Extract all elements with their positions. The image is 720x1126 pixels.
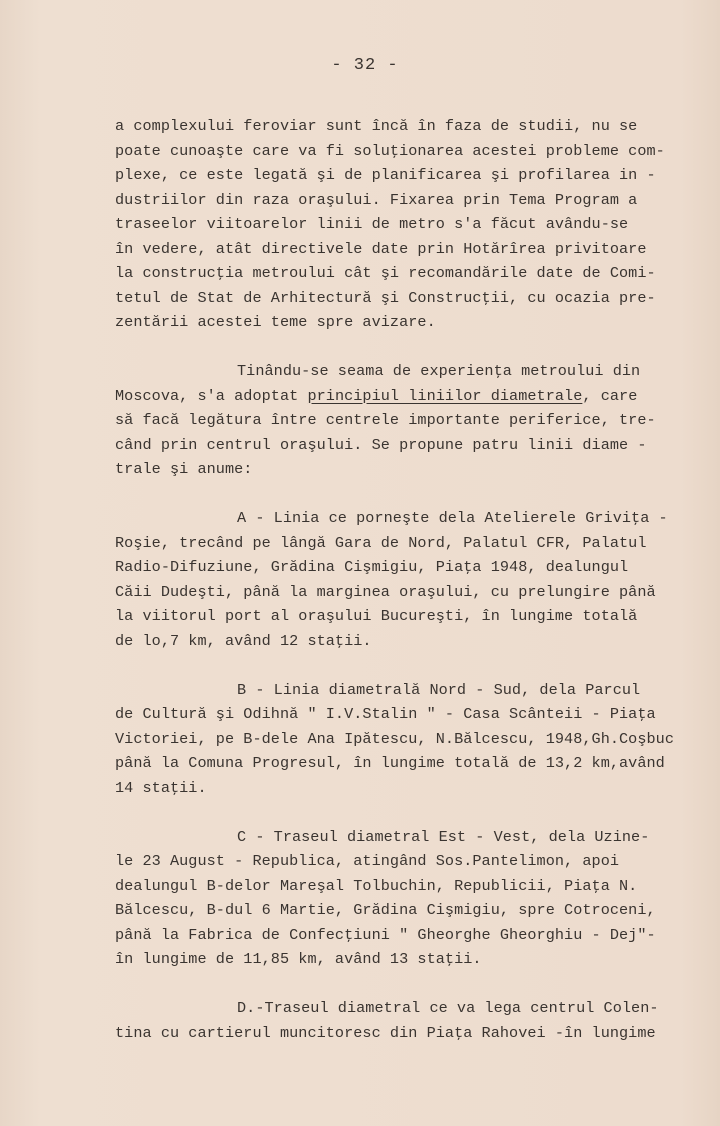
text-line: tina cu cartierul muncitoresc din Piaţa … xyxy=(115,1021,715,1046)
text-line: Căii Dudeşti, până la marginea oraşului,… xyxy=(115,580,715,605)
text-line: Bălcescu, B-dul 6 Martie, Grădina Cişmig… xyxy=(115,898,715,923)
text-segment: , care xyxy=(582,387,637,405)
text-line: traseelor viitoarelor linii de metro s'a… xyxy=(115,212,715,237)
paragraph-line-c: C - Traseul diametral Est - Vest, dela U… xyxy=(115,825,715,972)
text-line: plexe, ce este legată şi de planificarea… xyxy=(115,163,715,188)
paragraph-line-a: A - Linia ce porneşte dela Atelierele Gr… xyxy=(115,506,715,653)
text-line: până la Comuna Progresul, în lungime tot… xyxy=(115,751,715,776)
text-segment: Moscova, s'a adoptat xyxy=(115,387,307,405)
text-line: D.-Traseul diametral ce va lega centrul … xyxy=(115,996,715,1021)
text-line: în vedere, atât directivele date prin Ho… xyxy=(115,237,715,262)
text-line: Tinându-se seama de experienţa metroului… xyxy=(115,359,715,384)
text-line: trale şi anume: xyxy=(115,457,715,482)
text-line: C - Traseul diametral Est - Vest, dela U… xyxy=(115,825,715,850)
underlined-phrase: principiul liniilor diametrale xyxy=(307,387,582,405)
page-number: - 32 - xyxy=(0,56,720,75)
text-line: la construcţia metroului cât şi recomand… xyxy=(115,261,715,286)
text-line: când prin centrul oraşului. Se propune p… xyxy=(115,433,715,458)
text-line: poate cunoaşte care va fi soluţionarea a… xyxy=(115,139,715,164)
text-line: până la Fabrica de Confecţiuni " Gheorgh… xyxy=(115,923,715,948)
text-line: de lo,7 km, având 12 staţii. xyxy=(115,629,715,654)
text-line: Roşie, trecând pe lângă Gara de Nord, Pa… xyxy=(115,531,715,556)
paragraph-1: a complexului feroviar sunt încă în faza… xyxy=(115,114,715,335)
text-line: 14 staţii. xyxy=(115,776,715,801)
document-body: a complexului feroviar sunt încă în faza… xyxy=(115,114,715,1045)
text-line: le 23 August - Republica, atingând Sos.P… xyxy=(115,849,715,874)
paragraph-gap xyxy=(115,800,715,825)
text-line: dustriilor din raza oraşului. Fixarea pr… xyxy=(115,188,715,213)
text-line: zentării acestei teme spre avizare. xyxy=(115,310,715,335)
text-line: Victoriei, pe B-dele Ana Ipătescu, N.Băl… xyxy=(115,727,715,752)
text-line: B - Linia diametrală Nord - Sud, dela Pa… xyxy=(115,678,715,703)
text-line: a complexului feroviar sunt încă în faza… xyxy=(115,114,715,139)
text-line: să facă legătura între centrele importan… xyxy=(115,408,715,433)
text-line: în lungime de 11,85 km, având 13 staţii. xyxy=(115,947,715,972)
text-line: A - Linia ce porneşte dela Atelierele Gr… xyxy=(115,506,715,531)
paragraph-line-d: D.-Traseul diametral ce va lega centrul … xyxy=(115,996,715,1045)
text-line-with-underline: Moscova, s'a adoptat principiul liniilor… xyxy=(115,384,715,409)
text-line: de Cultură şi Odihnă " I.V.Stalin " - Ca… xyxy=(115,702,715,727)
paragraph-2: Tinându-se seama de experienţa metroului… xyxy=(115,359,715,482)
paragraph-gap xyxy=(115,972,715,997)
text-line: Radio-Difuziune, Grădina Cişmigiu, Piaţa… xyxy=(115,555,715,580)
paragraph-gap xyxy=(115,335,715,360)
paragraph-gap xyxy=(115,653,715,678)
text-line: la viitorul port al oraşului Bucureşti, … xyxy=(115,604,715,629)
paragraph-line-b: B - Linia diametrală Nord - Sud, dela Pa… xyxy=(115,678,715,801)
paragraph-gap xyxy=(115,482,715,507)
text-line: tetul de Stat de Arhitectură şi Construc… xyxy=(115,286,715,311)
text-line: dealungul B-delor Mareşal Tolbuchin, Rep… xyxy=(115,874,715,899)
